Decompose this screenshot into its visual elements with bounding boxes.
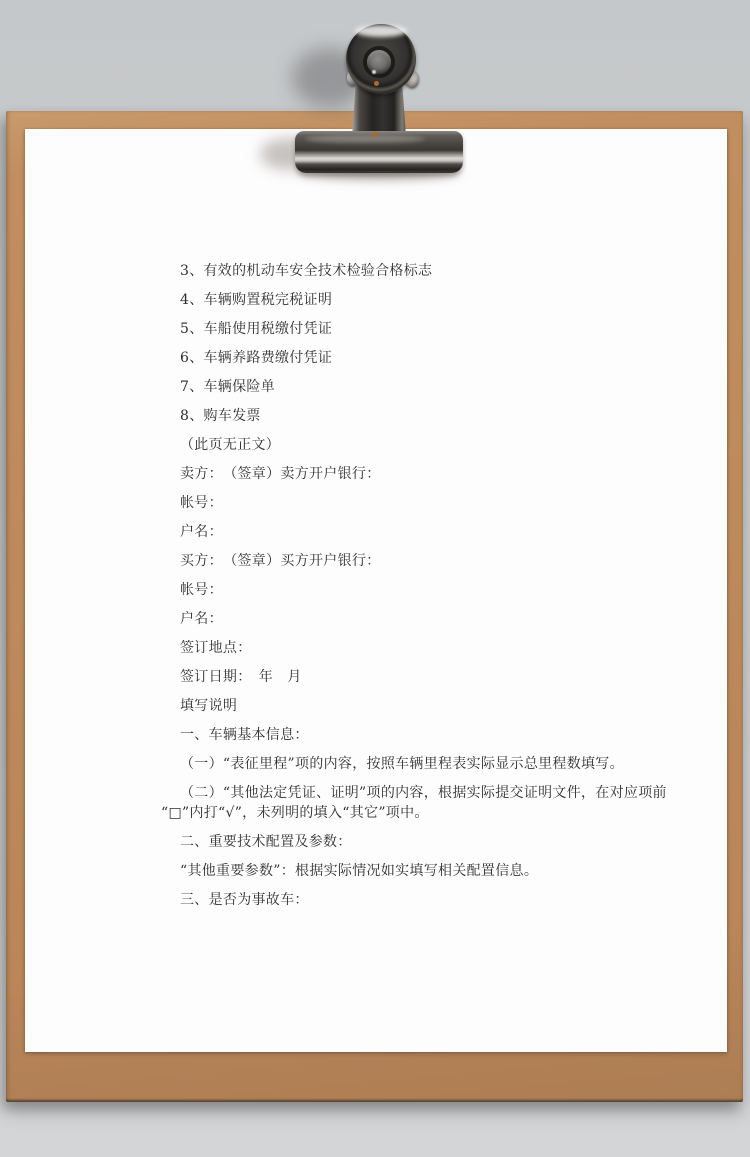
- document-line: 7、车辆保险单: [180, 377, 667, 397]
- document-line: 帐号：: [180, 580, 667, 600]
- document-paper: 3、有效的机动车安全技术检验合格标志4、车辆购置税完税证明5、车船使用税缴付凭证…: [25, 129, 727, 1052]
- document-line: “□”内打“√”，未列明的填入“其它”项中。: [161, 803, 667, 823]
- document-line: 4、车辆购置税完税证明: [180, 290, 667, 310]
- document-line: 3、有效的机动车安全技术检验合格标志: [180, 261, 667, 281]
- scene-background: 3、有效的机动车安全技术检验合格标志4、车辆购置税完税证明5、车船使用税缴付凭证…: [0, 0, 750, 1157]
- document-line: 填写说明: [180, 696, 667, 716]
- clip-grip-bar: [295, 131, 463, 173]
- document-line: 签订日期： 年 月: [180, 667, 667, 687]
- clipboard: 3、有效的机动车安全技术检验合格标志4、车辆购置税完税证明5、车船使用税缴付凭证…: [6, 111, 743, 1102]
- document-text: 3、有效的机动车安全技术检验合格标志4、车辆购置税完税证明5、车船使用税缴付凭证…: [180, 261, 667, 919]
- document-line: 三、是否为事故车：: [180, 890, 667, 910]
- document-line: 签订地点：: [180, 638, 667, 658]
- document-line: 卖方： （签章）卖方开户银行：: [180, 464, 667, 484]
- document-line: 买方： （签章）买方开户银行：: [180, 551, 667, 571]
- document-line: 5、车船使用税缴付凭证: [180, 319, 667, 339]
- clip-knob-rivet-icon: [374, 81, 379, 86]
- document-line: 户名：: [180, 609, 667, 629]
- document-line: 二、重要技术配置及参数：: [180, 832, 667, 852]
- document-line: 8、购车发票: [180, 406, 667, 426]
- clip-knob-hole-icon: [367, 50, 391, 74]
- document-line: （一）“表征里程”项的内容，按照车辆里程表实际显示总里程数填写。: [180, 754, 667, 774]
- document-line: （二）“其他法定凭证、证明”项的内容，根据实际提交证明文件，在对应项前: [180, 783, 667, 803]
- document-line: 帐号：: [180, 493, 667, 513]
- document-line: 6、车辆养路费缴付凭证: [180, 348, 667, 368]
- clip-knob-highlight: [372, 70, 376, 74]
- document-line: （此页无正文）: [180, 435, 667, 455]
- document-line: 户名：: [180, 522, 667, 542]
- document-line: “其他重要参数”：根据实际情况如实填写相关配置信息。: [180, 861, 667, 881]
- document-line: 一、车辆基本信息：: [180, 725, 667, 745]
- clip-knob: [346, 24, 416, 94]
- clip-bar-rivet-icon: [372, 132, 378, 137]
